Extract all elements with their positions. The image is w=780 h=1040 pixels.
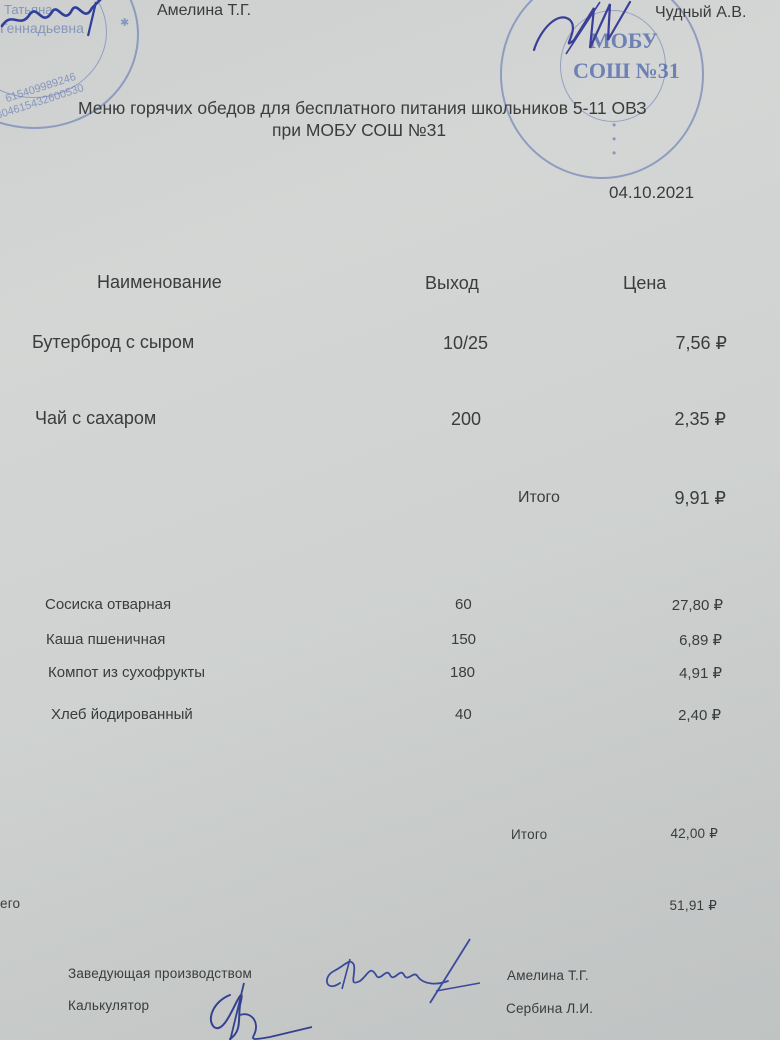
grand-total-value: 51,91 ₽ [669,898,717,914]
column-header-price: Цена [623,273,666,294]
approver-left: Амелина Т.Г. [157,2,251,20]
page-title-line1: Меню горячих обедов для бесплатного пита… [78,98,647,119]
grand-total-label: его [0,896,20,911]
signature-head-of-production [320,935,500,1005]
item-price: 4,91 ₽ [679,664,722,682]
approver-right: Чудный А.В. [655,4,746,22]
subtotal-label: Итого [511,827,547,842]
item-yield: 10/25 [443,333,488,354]
subtotal-value: 9,91 ₽ [675,488,727,509]
item-name: Бутерброд с сыром [32,332,194,353]
signer-name: Амелина Т.Г. [507,968,589,983]
item-yield: 180 [450,664,475,681]
signer-name: Сербина Л.И. [506,1001,593,1016]
item-price: 2,40 ₽ [678,706,721,724]
item-yield: 40 [455,706,472,723]
document-date: 04.10.2021 [609,183,694,203]
stamp-right-dots: ••• [612,118,616,160]
signature-calculator [200,975,320,1040]
stamp-star-icon: ✱ [120,16,129,29]
signer-role: Калькулятор [68,998,149,1013]
signature-top-left [0,0,120,40]
item-price: 6,89 ₽ [679,631,722,649]
item-name: Каша пшеничная [46,631,165,648]
subtotal-label: Итого [518,489,560,507]
item-name: Сосиска отварная [45,596,171,613]
item-yield: 60 [455,596,472,613]
column-header-yield: Выход [425,273,479,294]
item-name: Хлеб йодированный [51,706,193,723]
column-header-name: Наименование [97,272,222,293]
item-price: 27,80 ₽ [672,596,723,614]
item-yield: 150 [451,631,476,648]
subtotal-value: 42,00 ₽ [670,826,718,842]
item-name: Компот из сухофрукты [48,664,205,681]
item-name: Чай с сахаром [35,408,156,429]
item-price: 7,56 ₽ [676,333,728,354]
page-title-line2: при МОБУ СОШ №31 [272,120,446,141]
item-price: 2,35 ₽ [675,409,727,430]
item-yield: 200 [451,409,481,430]
